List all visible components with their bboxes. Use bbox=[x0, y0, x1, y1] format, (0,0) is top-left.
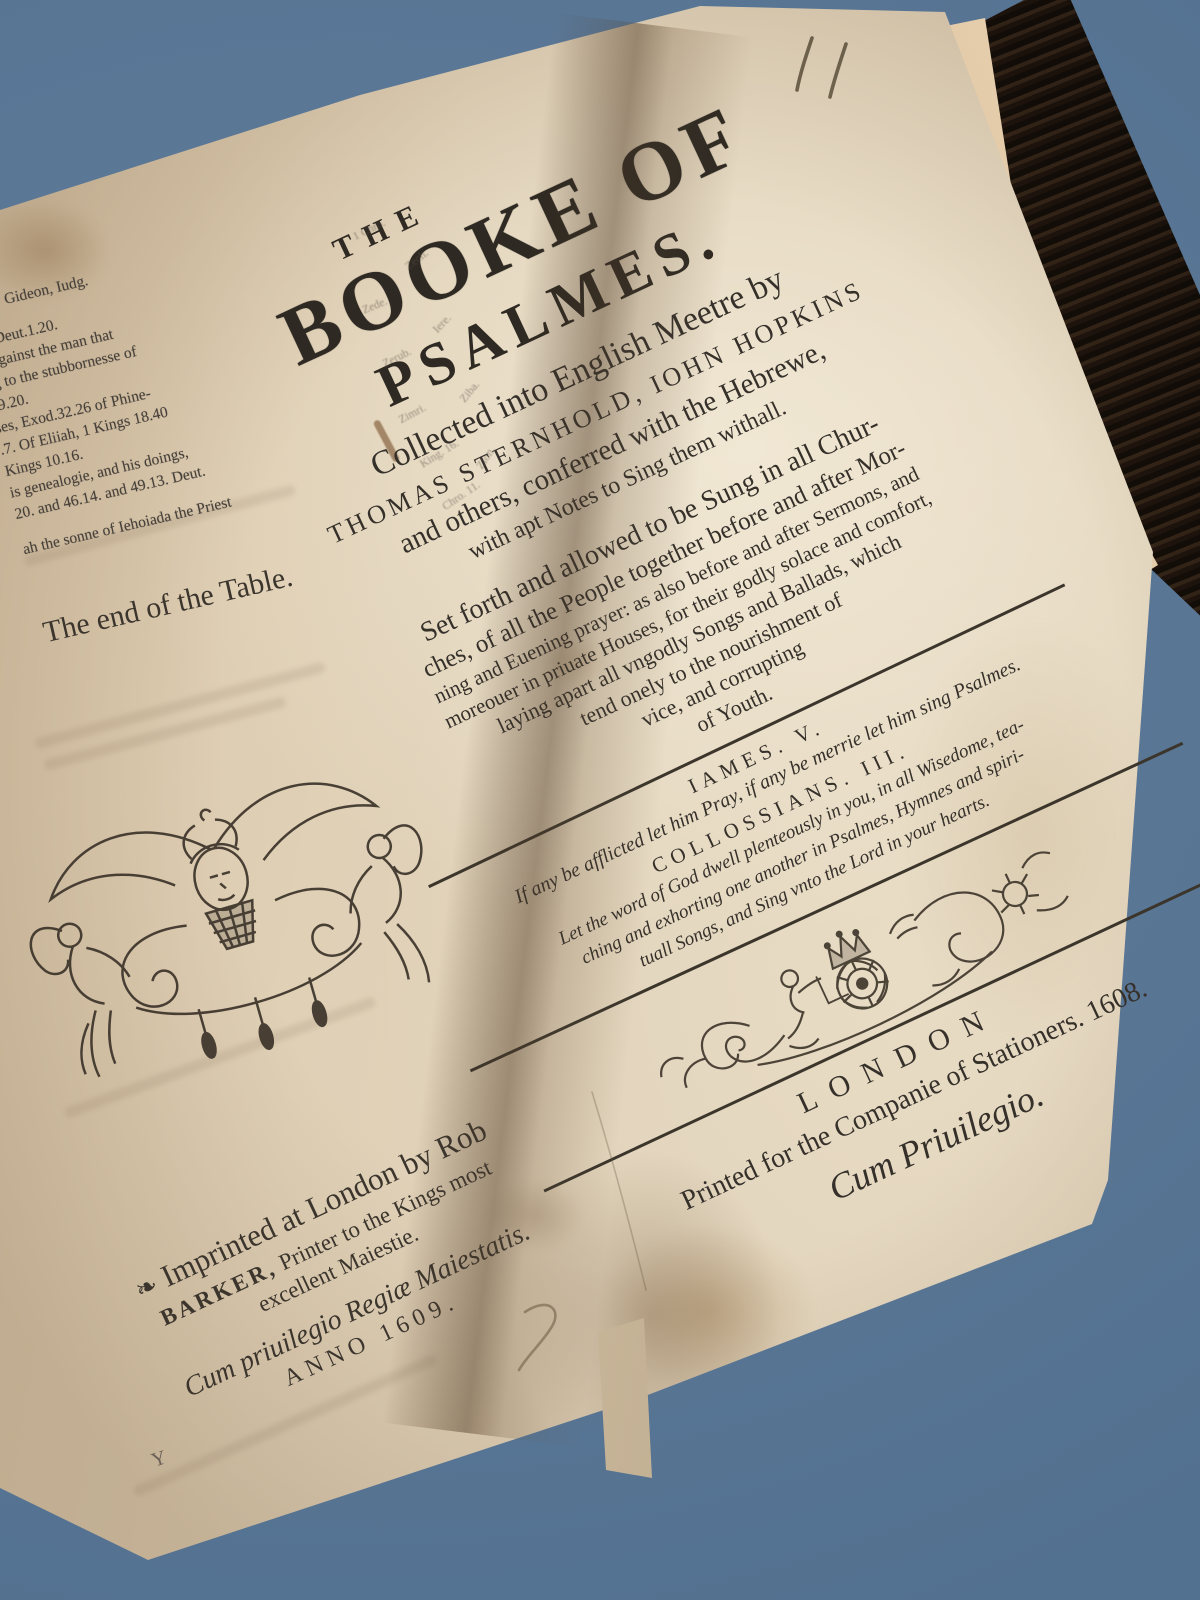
fleuron-icon: ❧ bbox=[131, 1270, 163, 1305]
book-photograph: THE BOOKE OF PSALMES. Collected into Eng… bbox=[0, 0, 1200, 1600]
